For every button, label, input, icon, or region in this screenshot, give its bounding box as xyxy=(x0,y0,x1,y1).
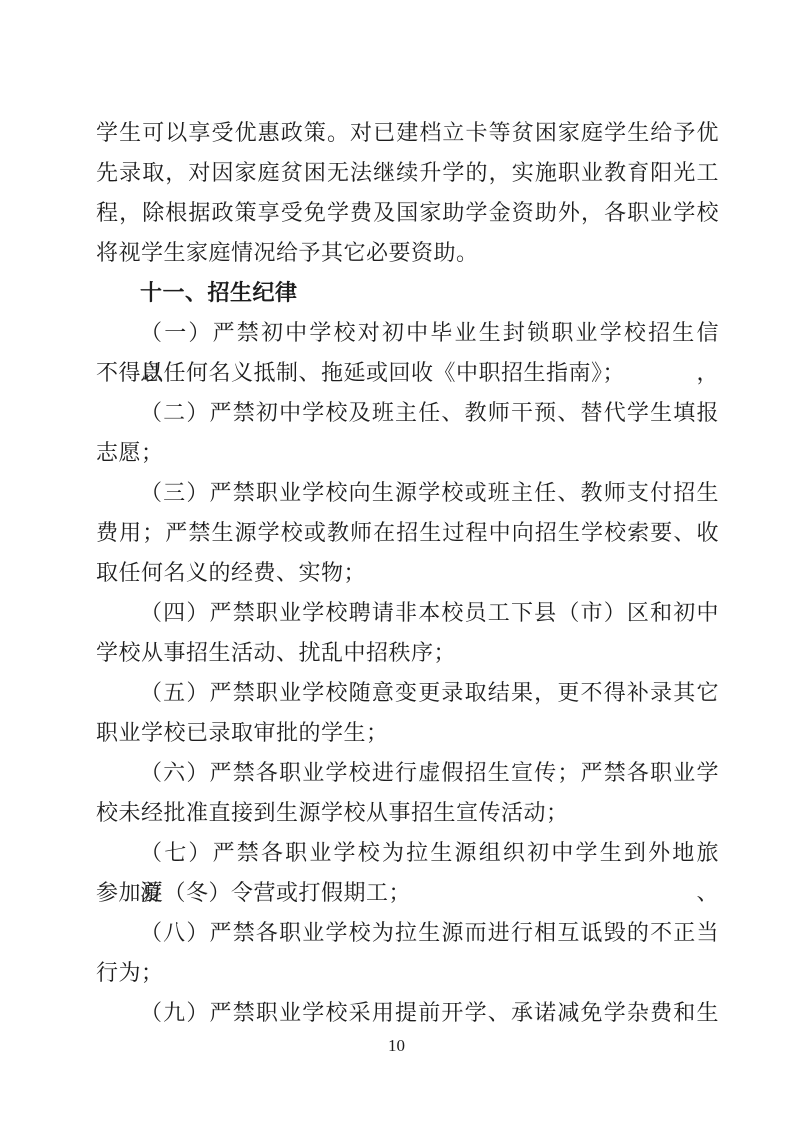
document-body: 学生可以享受优惠政策。对已建档立卡等贫困家庭学生给予优先录取，对因家庭贫困无法继… xyxy=(96,113,719,1033)
text-line: 学生可以享受优惠政策。对已建档立卡等贫困家庭学生给予优 xyxy=(96,113,719,153)
text-line: （二）严禁初中学校及班主任、教师干预、替代学生填报 xyxy=(96,393,719,433)
text-line: 取任何名义的经费、实物； xyxy=(96,553,719,593)
text-line: （七）严禁各职业学校为拉生源组织初中学生到外地旅游、 xyxy=(96,833,719,873)
text-line: 费用；严禁生源学校或教师在招生过程中向招生学校索要、收 xyxy=(96,513,719,553)
text-line: 学校从事招生活动、扰乱中招秩序； xyxy=(96,633,719,673)
text-line: （三）严禁职业学校向生源学校或班主任、教师支付招生 xyxy=(96,473,719,513)
text-line: 先录取，对因家庭贫困无法继续升学的，实施职业教育阳光工 xyxy=(96,153,719,193)
text-line: （五）严禁职业学校随意变更录取结果，更不得补录其它 xyxy=(96,673,719,713)
text-line: （九）严禁职业学校采用提前开学、承诺减免学杂费和生 xyxy=(96,993,719,1033)
text-line: （八）严禁各职业学校为拉生源而进行相互诋毁的不正当 xyxy=(96,913,719,953)
text-line: 将视学生家庭情况给予其它必要资助。 xyxy=(96,233,719,273)
section-heading: 十一、招生纪律 xyxy=(96,273,719,313)
text-line: （四）严禁职业学校聘请非本校员工下县（市）区和初中 xyxy=(96,593,719,633)
text-line: 程，除根据政策享受免学费及国家助学金资助外，各职业学校 xyxy=(96,193,719,233)
document-page: 学生可以享受优惠政策。对已建档立卡等贫困家庭学生给予优先录取，对因家庭贫困无法继… xyxy=(0,0,793,1122)
text-line: 行为； xyxy=(96,953,719,993)
text-line: （一）严禁初中学校对初中毕业生封锁职业学校招生信息， xyxy=(96,313,719,353)
text-line: 职业学校已录取审批的学生； xyxy=(96,713,719,753)
page-number: 10 xyxy=(0,1036,793,1056)
text-line: 志愿； xyxy=(96,433,719,473)
text-line: （六）严禁各职业学校进行虚假招生宣传；严禁各职业学 xyxy=(96,753,719,793)
text-line: 校未经批准直接到生源学校从事招生宣传活动； xyxy=(96,793,719,833)
